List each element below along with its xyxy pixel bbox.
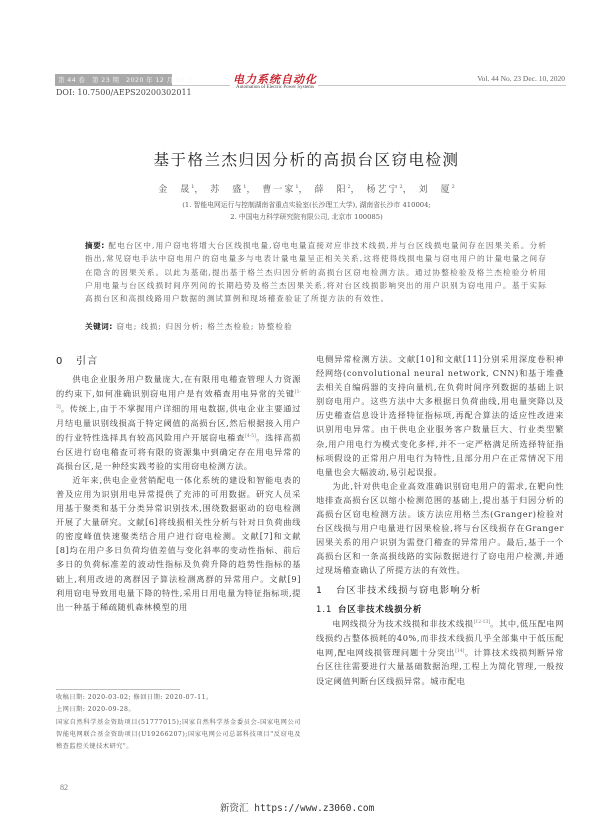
author: 金 晟: [158, 185, 191, 195]
abstract-text: 配电台区中,用户窃电将增大台区线损电量,窃电电量直接对应非技术线损,并与台区线损…: [85, 241, 547, 303]
paragraph: 近年来,供电企业营销配电一体化系统的建设和智能电表的普及应用为识别用电异常提供了…: [56, 473, 301, 614]
footnote-funding: 国家自然科学基金资助项目(51777015);国家自然科学基金委员会-国家电网公…: [56, 717, 301, 754]
author: 薛 阳: [314, 185, 347, 195]
author: 苏 盛: [210, 185, 243, 195]
header-rule-right: [318, 85, 566, 86]
footnotes: 收稿日期: 2020-03-02; 修回日期: 2020-07-11。 上网日期…: [56, 692, 301, 753]
issue-info-bar: 第 44 卷 第 23 期 2020 年 12 月 10 日: [55, 74, 172, 86]
keywords: 关键词: 窃电; 线损; 归因分析; 格兰杰检验; 协整检验: [85, 320, 547, 333]
author-affiliation-mark: 1: [191, 184, 194, 190]
paragraph: 电侧异常检测方法。文献[10]和文献[11]分别采用深度卷积神经网络(convo…: [316, 352, 564, 479]
subsection-title: 台区非技术线损分析: [338, 604, 422, 614]
keywords-label: 关键词:: [85, 322, 113, 331]
subsection-heading-1-1: 1.1台区非技术线损分析: [316, 602, 564, 616]
citation: [4-5]: [245, 434, 256, 439]
abstract: 摘要: 配电台区中,用户窃电将增大台区线损电量,窃电电量直接对应非技术线损,并与…: [85, 239, 547, 305]
page-number: 82: [60, 783, 68, 792]
author-list: 金 晟1， 苏 盛1， 曹一家1， 薛 阳2， 杨艺宁2， 刘 厦2: [0, 182, 613, 195]
doi: DOI: 10.7500/AEPS20200302011: [56, 88, 192, 97]
author-affiliation-mark: 2: [347, 184, 350, 190]
volume-info: Vol. 44 No. 23 Dec. 10, 2020: [380, 74, 565, 83]
author-affiliation-mark: 2: [400, 184, 403, 190]
abstract-label: 摘要:: [85, 241, 105, 250]
paper-title: 基于格兰杰归因分析的高损台区窃电检测: [0, 148, 613, 170]
right-column: 电侧异常检测方法。文献[10]和文献[11]分别采用深度卷积神经网络(convo…: [316, 352, 564, 688]
paragraph: 为此,针对供电企业高效准确识别窃电用户的需求,在靶向性地排查高损台区以缩小检测范…: [316, 479, 564, 578]
watermark: 新资汇 https://www.z3060.com: [220, 800, 374, 814]
paragraph: 供电企业服务用户数量庞大,在有限用电稽查管理人力资源的约束下,如何准确识别窃电用…: [56, 372, 301, 473]
section-number: 0: [56, 356, 76, 367]
footnote-received: 收稿日期: 2020-03-02; 修回日期: 2020-07-11。: [56, 692, 301, 704]
journal-logo-en: Automation of Electric Power Systems: [222, 85, 328, 90]
section-title: 台区非技术线损与窃电影响分析: [336, 585, 481, 596]
author: 杨艺宁: [367, 185, 400, 195]
left-column: 供电企业服务用户数量庞大,在有限用电稽查管理人力资源的约束下,如何准确识别窃电用…: [56, 372, 301, 614]
citation: [12-13]: [474, 620, 490, 625]
author-affiliation-mark: 2: [452, 184, 455, 190]
subsection-number: 1.1: [316, 602, 338, 616]
section-title: 引言: [76, 356, 98, 367]
author-affiliation-mark: 1: [295, 184, 298, 190]
section-number: 1: [316, 584, 336, 598]
section-heading-1: 1台区非技术线损与窃电影响分析: [316, 584, 564, 598]
affiliation-line: 2. 中国电力科学研究院有限公司, 北京市 100085): [0, 211, 613, 223]
affiliation-line: (1. 智能电网运行与控制湖南省重点实验室(长沙理工大学), 湖南省长沙市 41…: [0, 199, 613, 211]
footnote-divider: [56, 689, 180, 690]
section-heading-intro: 0引言: [56, 352, 98, 367]
paragraph: 电网线损分为技术线损和非技术线损[12-13]。其中,低压配电网线损约占整体损耗…: [316, 616, 564, 688]
author-affiliation-mark: 1: [243, 184, 246, 190]
author: 刘 厦: [419, 185, 452, 195]
affiliations: (1. 智能电网运行与控制湖南省重点实验室(长沙理工大学), 湖南省长沙市 41…: [0, 199, 613, 223]
footnote-online: 上网日期: 2020-09-28。: [56, 704, 301, 716]
author: 曹一家: [262, 185, 295, 195]
keywords-text: 窃电; 线损; 归因分析; 格兰杰检验; 协整检验: [116, 322, 292, 331]
